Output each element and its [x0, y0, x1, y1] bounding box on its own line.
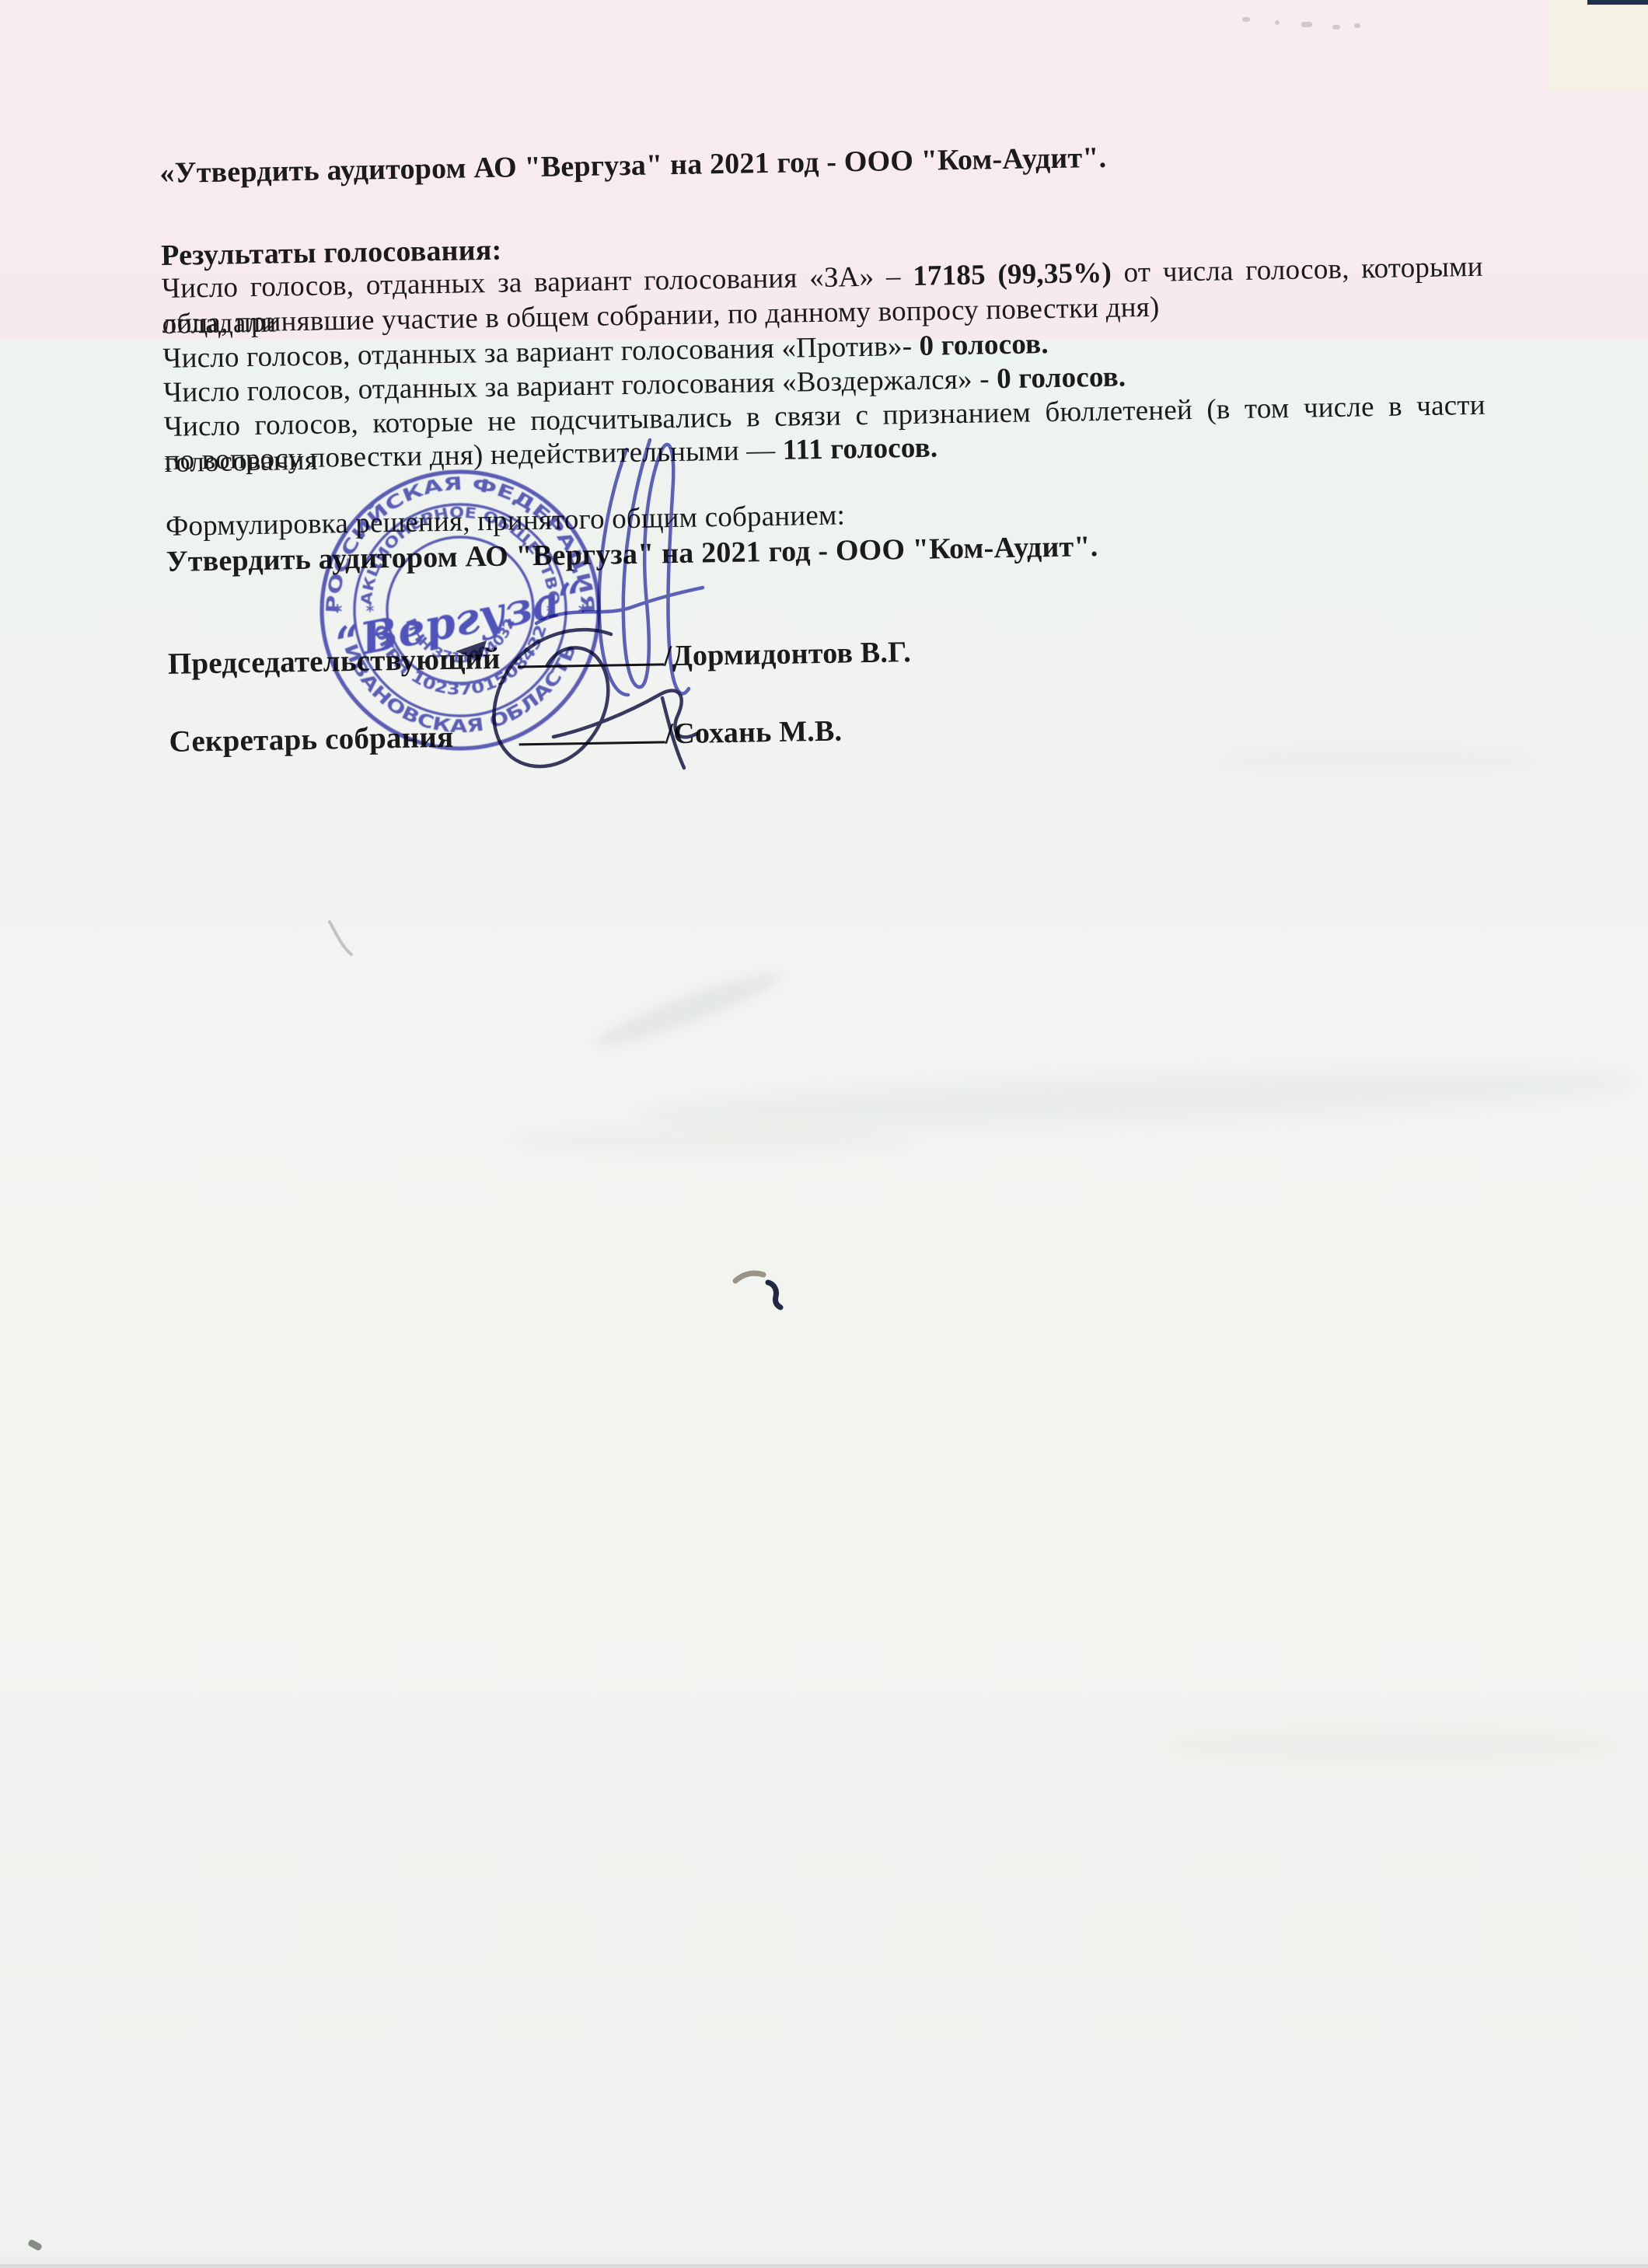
vote-invalid-value: 111 голосов. [783, 431, 938, 466]
chairman-name: /Дормидонтов В.Г. [664, 636, 912, 672]
company-seal: РОССИЙСКАЯ ФЕДЕРАЦИЯ ИВАНОВСКАЯ ОБЛАСТЬ … [305, 455, 616, 766]
vote-protiv-value: 0 голосов. [919, 328, 1049, 362]
secretary-name: /Сохань М.В. [665, 715, 842, 751]
scan-smudge [1213, 746, 1539, 774]
vote-za-value: 17185 (99,35%) [913, 257, 1112, 292]
pencil-speck [1332, 25, 1340, 30]
scanner-edge-dark-bar [1587, 0, 1648, 5]
pencil-speck [1354, 23, 1360, 28]
pencil-speck [1301, 22, 1312, 27]
scan-bottom-edge [0, 2264, 1648, 2268]
scan-smudge [513, 1129, 917, 1152]
scanned-document-page: { "document": { "quote_line": "«Утвердит… [0, 0, 1648, 2268]
pencil-speck [1242, 17, 1250, 22]
pencil-speck [1275, 20, 1280, 25]
vote-vozderzhalsya-value: 0 голосов. [997, 361, 1126, 395]
paper-background [0, 340, 1648, 2268]
scanner-edge-artifact [1548, 0, 1648, 92]
scan-bottom-shadow [0, 2256, 1648, 2264]
scan-smudge [1166, 1729, 1617, 1762]
